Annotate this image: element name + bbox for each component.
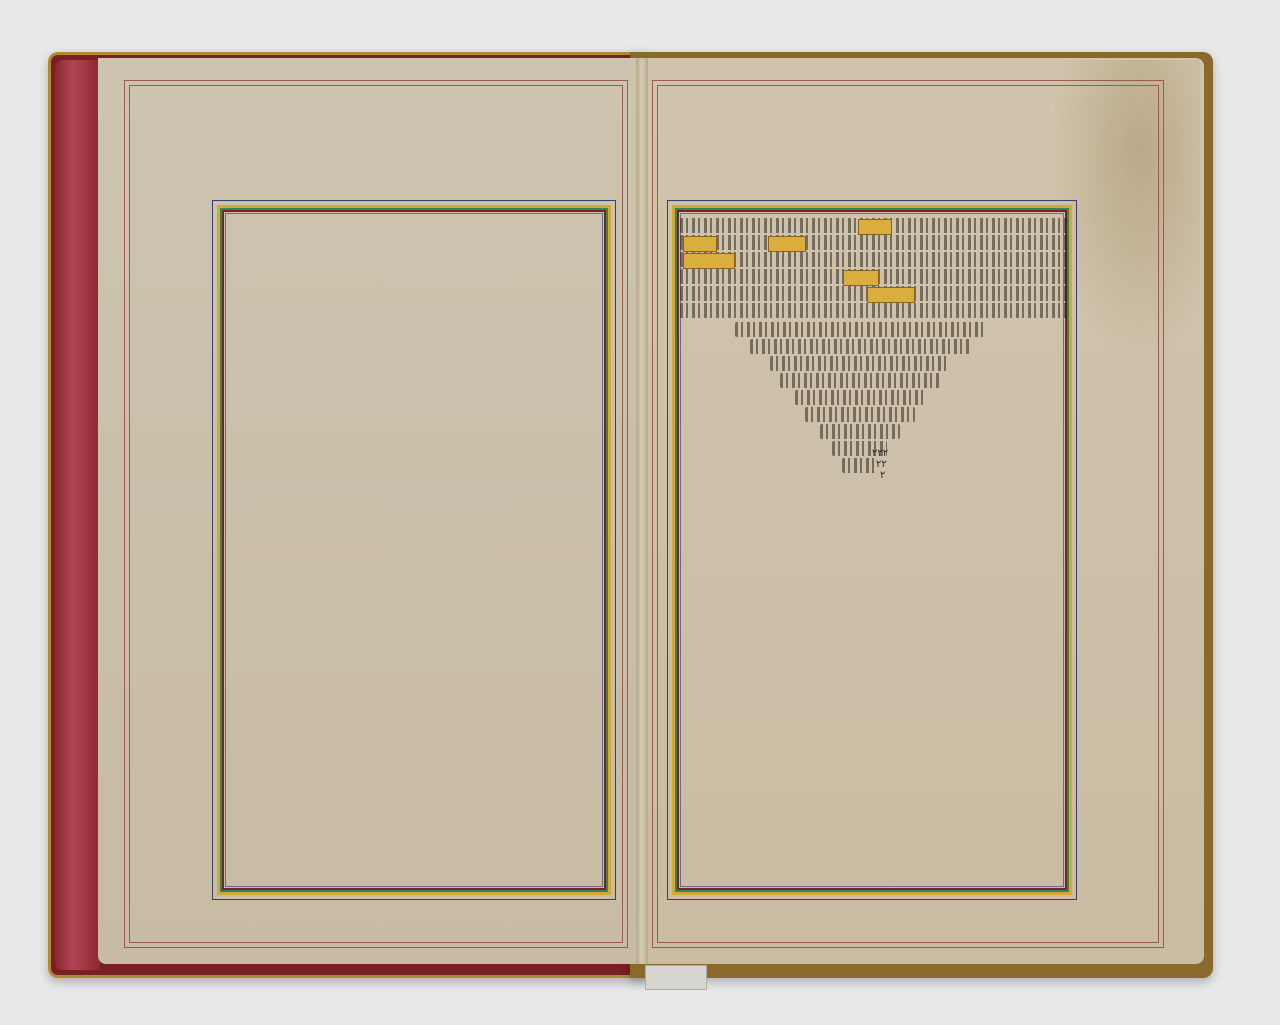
chapter-heading xyxy=(768,236,806,252)
folio-mark: ٢ xyxy=(880,470,885,481)
paper-tab xyxy=(645,965,707,990)
chapter-heading xyxy=(867,287,915,303)
left-illuminated-frame xyxy=(212,200,616,900)
folio-mark: ٢٢ xyxy=(876,459,887,470)
leather-spine xyxy=(55,60,100,970)
chapter-heading xyxy=(683,236,717,252)
text-block xyxy=(680,218,1070,320)
chapter-heading xyxy=(683,253,735,269)
chapter-heading xyxy=(843,270,879,286)
chapter-heading xyxy=(858,219,892,235)
colophon-triangle xyxy=(700,322,1020,482)
folio-mark: ٢٢٢ xyxy=(872,448,888,459)
page-gutter xyxy=(636,58,648,964)
